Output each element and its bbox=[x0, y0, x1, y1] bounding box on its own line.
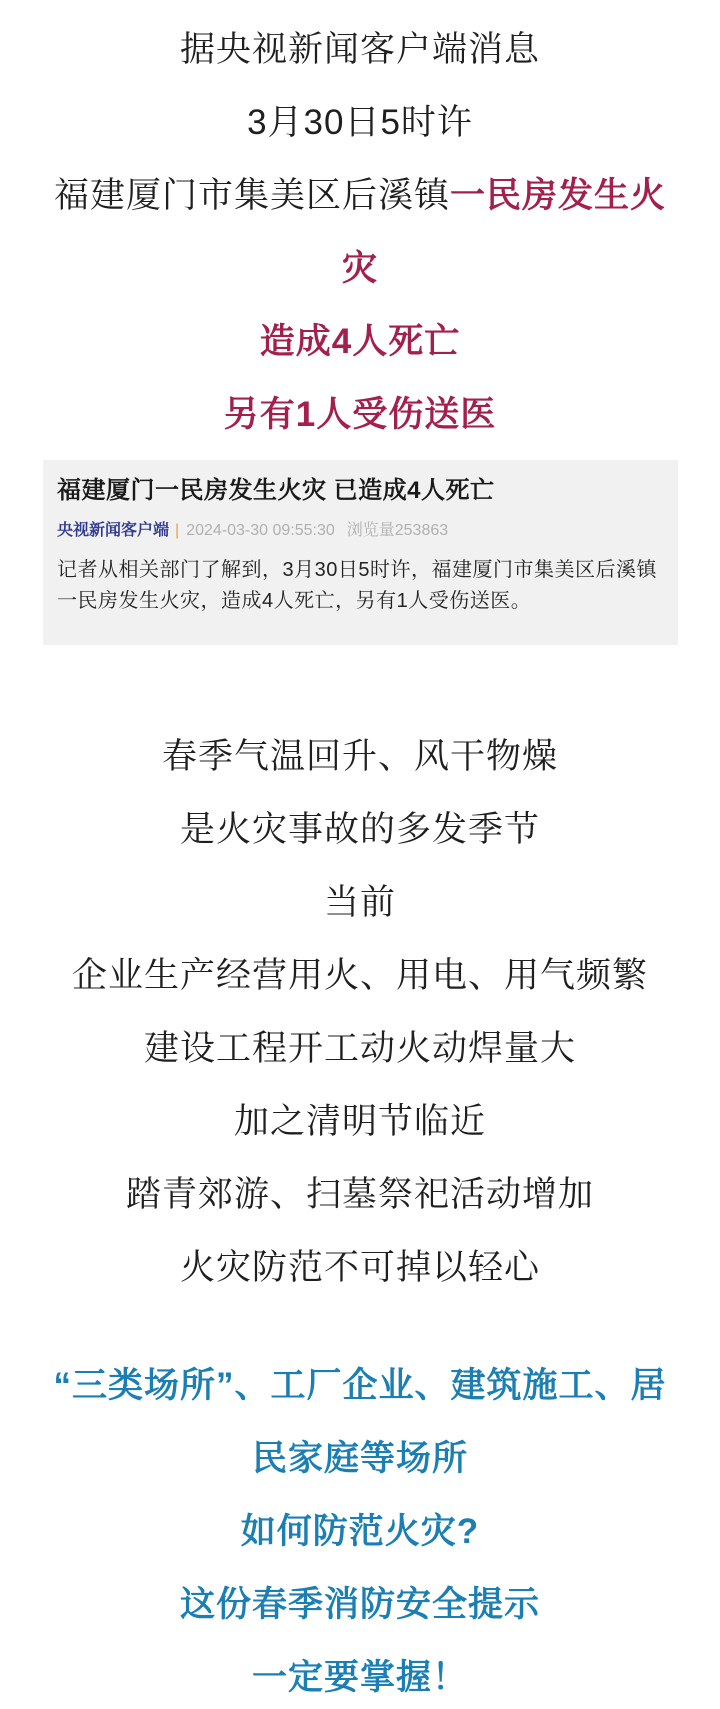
cta-line-2: 民家庭等场所 bbox=[0, 1419, 720, 1492]
season-line-1: 春季气温回升、风干物燥 bbox=[0, 717, 720, 790]
article-page: 据央视新闻客户端消息 3月30日5时许 福建厦门市集美区后溪镇一民房发生火 灾 … bbox=[0, 0, 720, 1709]
intro-line-wrap-char: 灾 bbox=[0, 229, 720, 302]
news-card-body: 记者从相关部门了解到，3月30日5时许，福建厦门市集美区后溪镇一民房发生火灾，造… bbox=[57, 555, 658, 617]
cta-line-1: “三类场所”、工厂企业、建筑施工、居 bbox=[0, 1346, 720, 1419]
season-line-8: 火灾防范不可掉以轻心 bbox=[0, 1228, 720, 1301]
intro-line-deaths: 造成4人死亡 bbox=[0, 302, 720, 375]
season-line-3: 当前 bbox=[0, 863, 720, 936]
intro-line-date: 3月30日5时许 bbox=[0, 83, 720, 156]
intro-location-text: 福建厦门市集美区后溪镇 bbox=[54, 168, 450, 218]
news-timestamp: 2024-03-30 09:55:30 bbox=[186, 522, 335, 540]
intro-section: 据央视新闻客户端消息 3月30日5时许 福建厦门市集美区后溪镇一民房发生火 灾 … bbox=[0, 0, 720, 448]
season-line-6: 加之清明节临近 bbox=[0, 1082, 720, 1155]
intro-fire-text: 一民房发生火 bbox=[450, 168, 666, 218]
season-line-7: 踏青郊游、扫墓祭祀活动增加 bbox=[0, 1155, 720, 1228]
news-card: 福建厦门一民房发生火灾 已造成4人死亡 央视新闻客户端 | 2024-03-30… bbox=[43, 460, 678, 645]
season-line-5: 建设工程开工动火动焊量大 bbox=[0, 1009, 720, 1082]
safety-tips-cta-section: “三类场所”、工厂企业、建筑施工、居 民家庭等场所 如何防范火灾? 这份春季消防… bbox=[0, 1346, 720, 1709]
cta-line-4: 这份春季消防安全提示 bbox=[0, 1565, 720, 1638]
intro-line-source: 据央视新闻客户端消息 bbox=[0, 10, 720, 83]
season-line-2: 是火灾事故的多发季节 bbox=[0, 790, 720, 863]
intro-line-injured: 另有1人受伤送医 bbox=[0, 375, 720, 448]
cta-line-5: 一定要掌握！ bbox=[0, 1638, 720, 1709]
season-line-4: 企业生产经营用火、用电、用气频繁 bbox=[0, 936, 720, 1009]
news-card-meta: 央视新闻客户端 | 2024-03-30 09:55:30 浏览量253863 bbox=[57, 522, 658, 540]
news-source-label: 央视新闻客户端 bbox=[57, 522, 169, 540]
news-card-headline: 福建厦门一民房发生火灾 已造成4人死亡 bbox=[57, 476, 658, 506]
intro-line-location: 福建厦门市集美区后溪镇一民房发生火 bbox=[0, 156, 720, 229]
news-view-count: 浏览量253863 bbox=[347, 522, 448, 540]
cta-line-3: 如何防范火灾? bbox=[0, 1492, 720, 1565]
meta-divider-bar: | bbox=[175, 522, 179, 540]
season-warning-section: 春季气温回升、风干物燥 是火灾事故的多发季节 当前 企业生产经营用火、用电、用气… bbox=[0, 717, 720, 1301]
